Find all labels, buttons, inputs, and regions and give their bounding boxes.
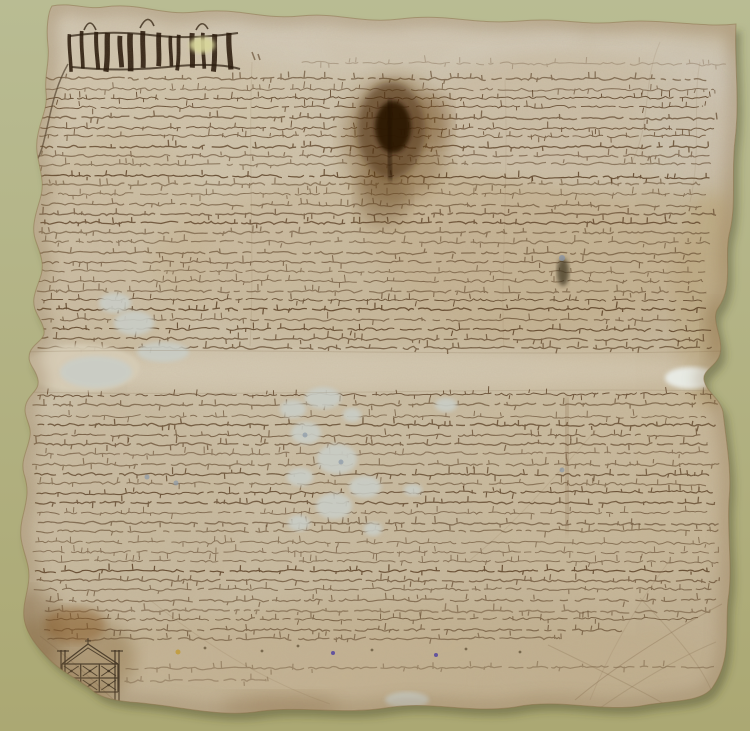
photo-of-parchment-charter (0, 0, 750, 731)
scene-svg (0, 0, 750, 731)
